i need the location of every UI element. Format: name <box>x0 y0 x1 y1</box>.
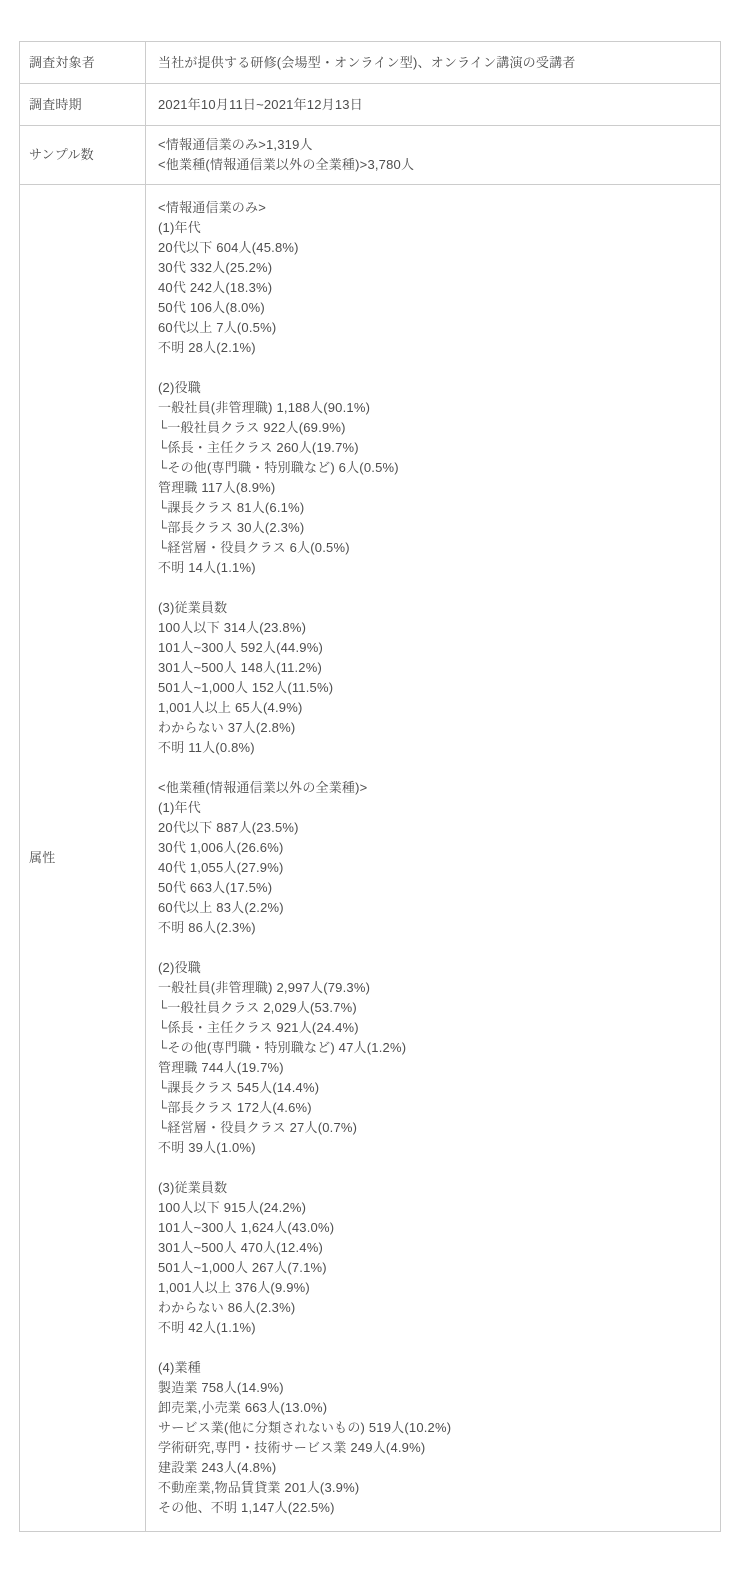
row-label-sample-size: サンプル数 <box>20 126 146 185</box>
row-value-sample-size: <情報通信業のみ>1,319人 <他業種(情報通信業以外の全業種)>3,780人 <box>146 126 721 185</box>
page: 調査対象者 当社が提供する研修(会場型・オンライン型)、オンライン講演の受講者 … <box>0 0 740 1570</box>
row-value-survey-period: 2021年10月11日~2021年12月13日 <box>146 84 721 126</box>
row-label-attributes: 属性 <box>20 185 146 1532</box>
table-row-survey-target: 調査対象者 当社が提供する研修(会場型・オンライン型)、オンライン講演の受講者 <box>20 42 721 84</box>
row-value-attributes: <情報通信業のみ> (1)年代 20代以下 604人(45.8%) 30代 33… <box>146 185 721 1532</box>
table-row-survey-period: 調査時期 2021年10月11日~2021年12月13日 <box>20 84 721 126</box>
survey-info-table-body: 調査対象者 当社が提供する研修(会場型・オンライン型)、オンライン講演の受講者 … <box>20 42 721 1532</box>
table-row-sample-size: サンプル数 <情報通信業のみ>1,319人 <他業種(情報通信業以外の全業種)>… <box>20 126 721 185</box>
row-label-survey-target: 調査対象者 <box>20 42 146 84</box>
survey-info-table: 調査対象者 当社が提供する研修(会場型・オンライン型)、オンライン講演の受講者 … <box>19 41 721 1532</box>
table-row-attributes: 属性 <情報通信業のみ> (1)年代 20代以下 604人(45.8%) 30代… <box>20 185 721 1532</box>
row-label-survey-period: 調査時期 <box>20 84 146 126</box>
row-value-survey-target: 当社が提供する研修(会場型・オンライン型)、オンライン講演の受講者 <box>146 42 721 84</box>
